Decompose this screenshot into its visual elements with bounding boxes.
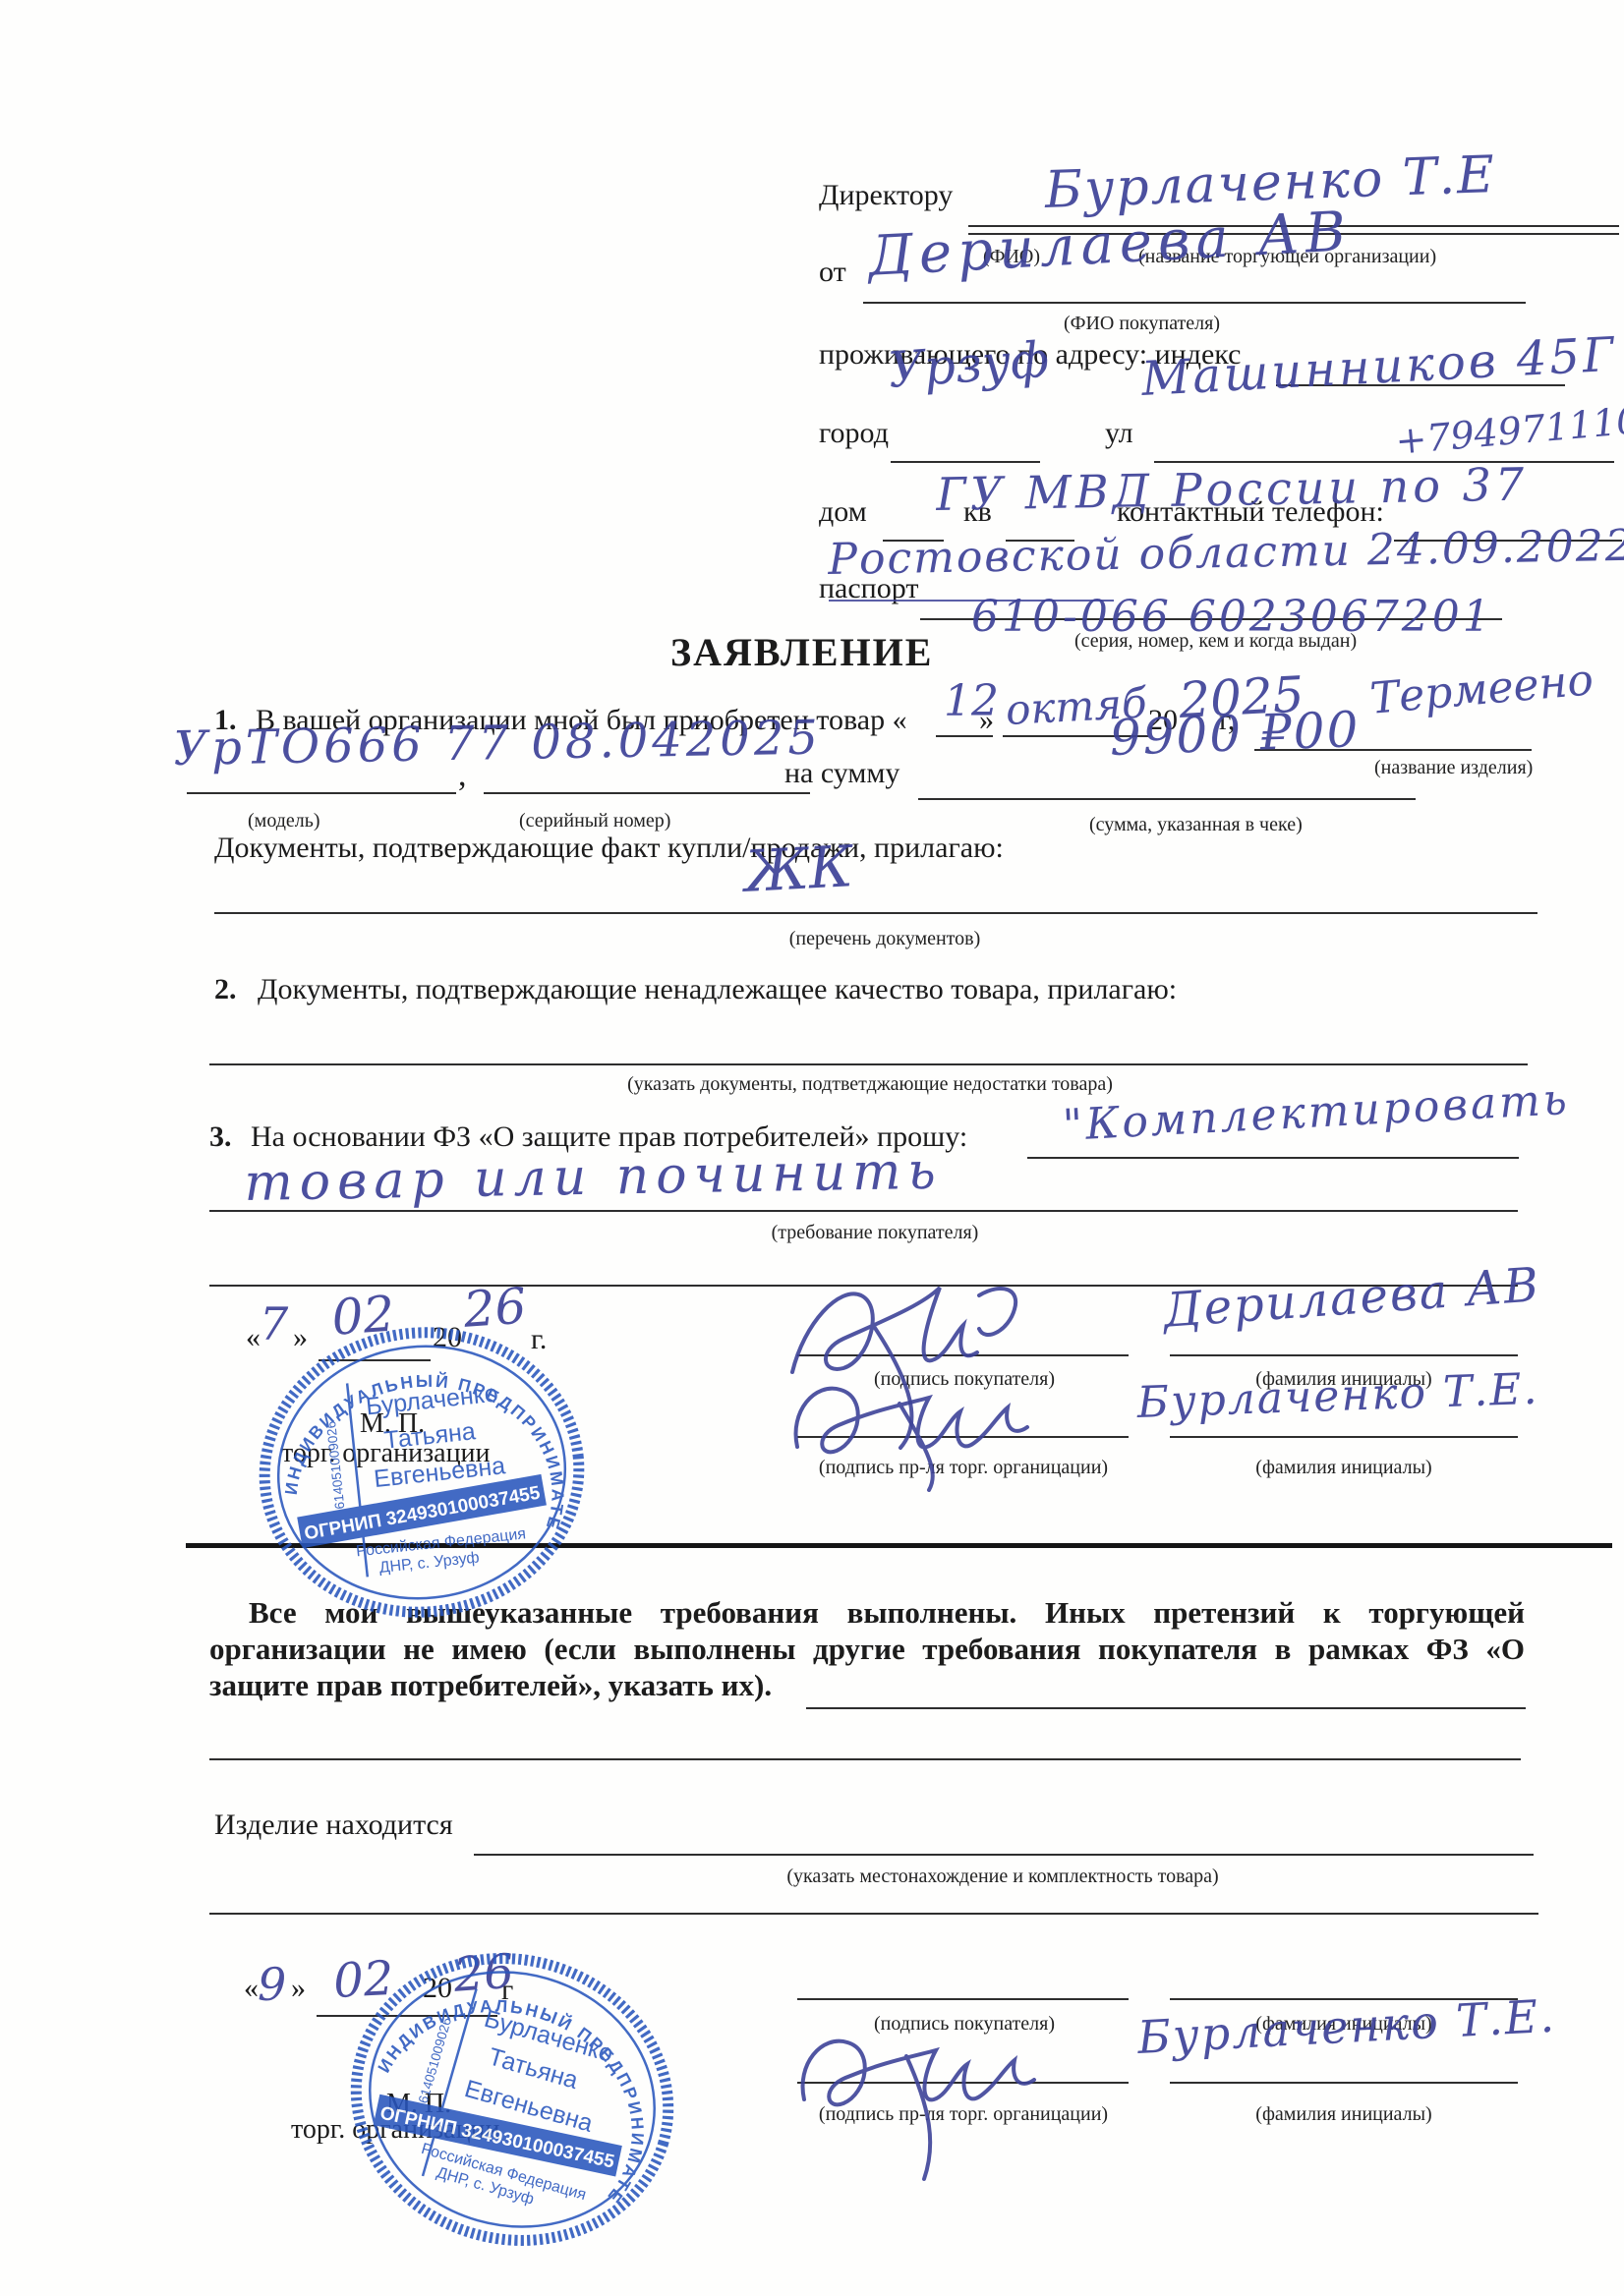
blank-line — [484, 792, 810, 794]
blank-line — [863, 302, 1526, 304]
request-line2-handwriting: товар или починить — [244, 1146, 943, 1209]
blank-line — [891, 461, 1040, 463]
item3-number: 3. — [209, 1120, 232, 1153]
blank-line — [209, 1210, 1518, 1212]
director-label: Директору — [819, 179, 953, 211]
blank-line — [797, 1998, 1129, 2000]
street-label: ул — [1105, 417, 1133, 449]
quote-open: « — [244, 1972, 259, 2004]
purchase-day-handwriting: 12 — [944, 680, 999, 723]
product-name-handwriting: Термеено — [1368, 659, 1595, 721]
blank-line — [187, 792, 456, 794]
quote-close: » — [291, 1972, 306, 2004]
blank-line — [806, 1707, 1526, 1709]
passport-region-handwriting: Ростовской облаcти 24.09.2022 — [828, 525, 1624, 582]
blank-line — [936, 735, 993, 737]
org-signature — [782, 1364, 1076, 1492]
documents-handwriting: ЖК — [743, 837, 854, 900]
applicant-name-handwriting: Дерилаева АВ — [867, 204, 1353, 285]
docs-list-caption: (перечень документов) — [688, 928, 1081, 949]
blank-line — [209, 1913, 1538, 1915]
round-stamp: ИНДИВИДУАЛЬНЫЙ ПРЕДПРИНИМАТЕЛЬ ИНН 61405… — [240, 1308, 603, 1636]
city-label: город — [819, 417, 889, 449]
product-caption: (название изделия) — [1374, 757, 1533, 778]
amount-handwriting: 9900 ₽00 — [1109, 705, 1361, 763]
buyer-fio-caption: (ФИО покупателя) — [1064, 313, 1220, 334]
house-label: дом — [819, 495, 867, 528]
date2-day-handwriting: 9 — [258, 1962, 286, 2007]
from-label: от — [819, 256, 846, 288]
stamp-surname: Бурлаченко — [365, 1380, 499, 1421]
stamp-firstname: Татьяна — [382, 1417, 477, 1455]
familia-caption: (фамилия инициалы) — [1182, 2103, 1506, 2125]
item2-caption: (указать документы, подтветджающие недос… — [551, 1073, 1189, 1095]
city-handwriting: Урзуф — [887, 335, 1051, 395]
org-signature — [788, 2017, 1083, 2184]
blank-line — [209, 1758, 1521, 1760]
passport-issuer-handwriting: ГУ МВД России по 37 — [936, 461, 1528, 516]
phone-handwriting: +7949711102 — [1394, 399, 1624, 460]
blank-line — [214, 912, 1537, 914]
familia-caption: (фамилия инициалы) — [1182, 1457, 1506, 1478]
model-serial-handwriting: УрТО666 77 08.042025 — [173, 714, 822, 773]
sum-caption: (сумма, указанная в чеке) — [1089, 814, 1303, 835]
page-title: ЗАЯВЛЕНИЕ — [670, 631, 910, 674]
blank-line — [474, 1854, 1534, 1856]
blank-line — [918, 798, 1416, 800]
model-caption: (модель) — [248, 810, 320, 832]
blank-line — [1170, 1436, 1518, 1438]
item2-number: 2. — [214, 973, 237, 1005]
blank-line — [1170, 2082, 1518, 2084]
passport-number-handwriting: 610-066 6023067201 — [971, 596, 1493, 639]
item-location-label: Изделие находится — [214, 1808, 453, 1841]
familia2-handwriting: Бурлаченко Т.Е. — [1136, 1368, 1539, 1425]
docs-attached-label: Документы, подтверждающие факт купли/про… — [214, 832, 1004, 864]
item2-text: Документы, подтверждающие ненадлежащее к… — [258, 973, 1177, 1005]
blank-line — [1027, 1157, 1519, 1159]
blank-line — [209, 1063, 1528, 1065]
blank-line — [1170, 1354, 1518, 1356]
scanned-claim-form: Директору (ФИО) (название торгующей орга… — [0, 0, 1624, 2296]
serial-caption: (серийный номер) — [519, 810, 670, 832]
location-caption: (указать местонахождение и комплектность… — [747, 1865, 1258, 1887]
item3-caption: (требование покупателя) — [629, 1222, 1121, 1243]
familia1-handwriting: Дерилаева АВ — [1162, 1261, 1542, 1335]
familia3-handwriting: Бурлаченко Т.Е. — [1136, 1993, 1557, 2060]
